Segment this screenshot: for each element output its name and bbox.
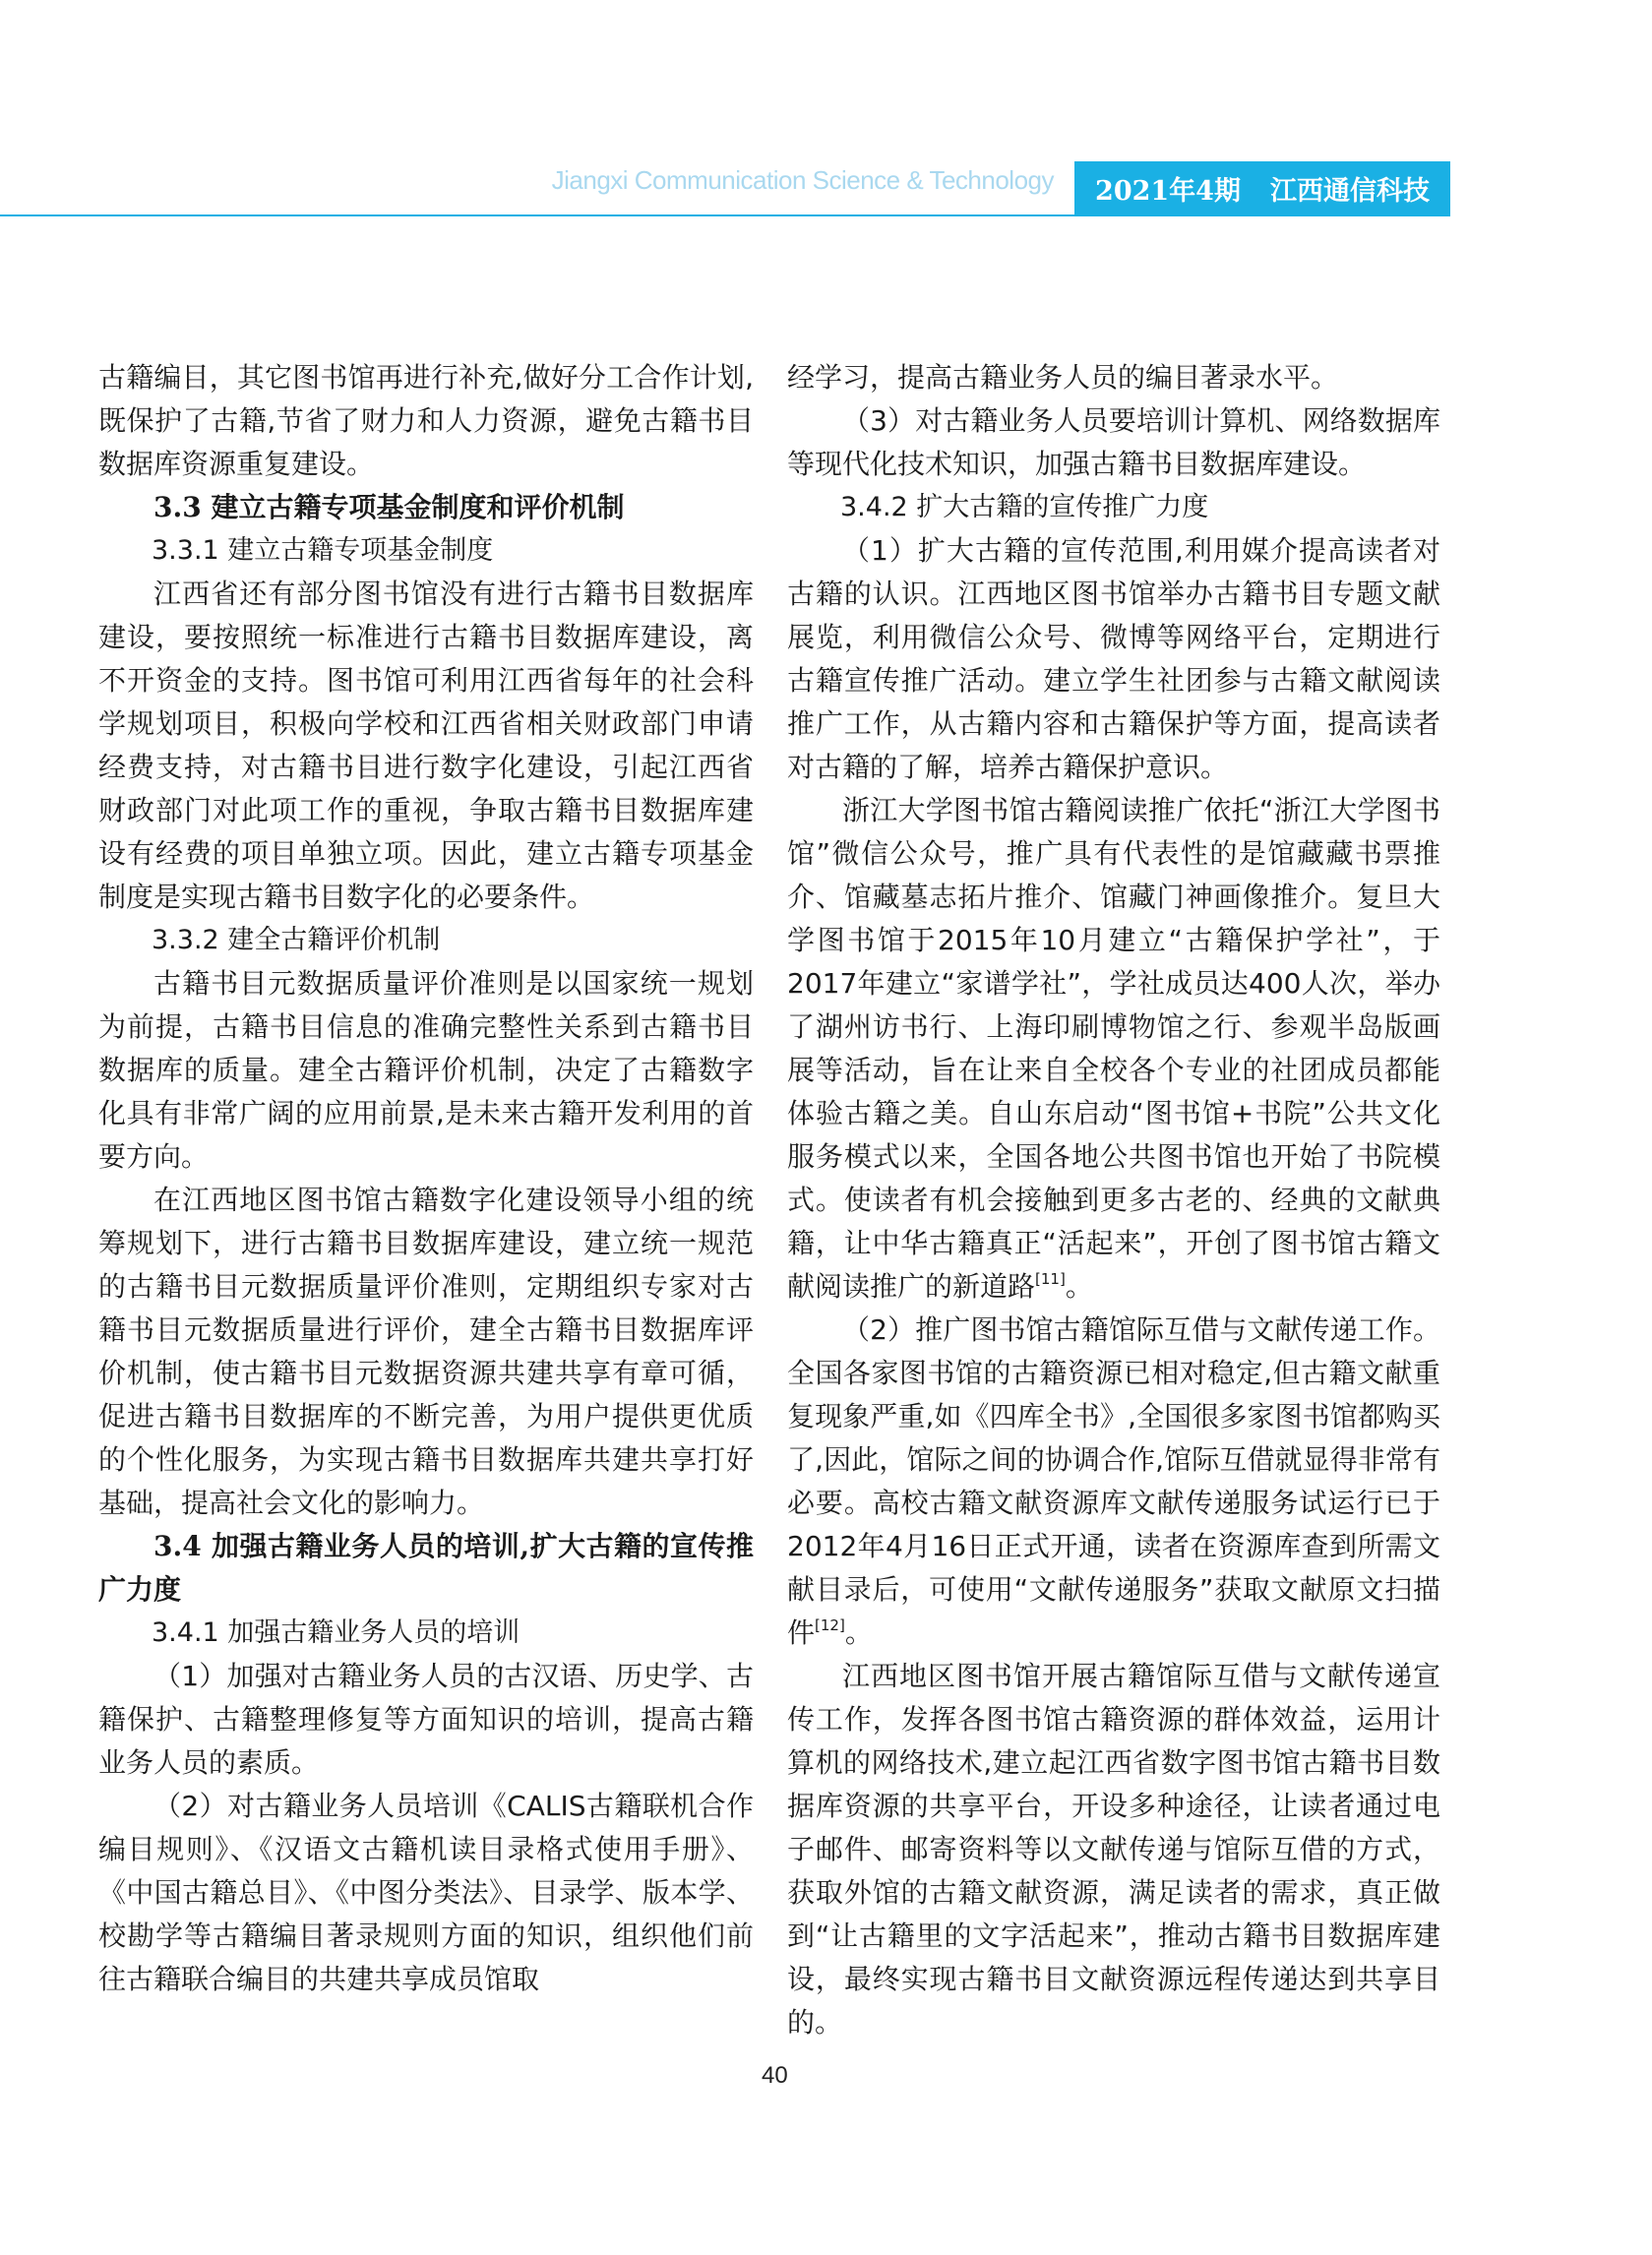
paragraph: （2）对古籍业务人员培训《CALIS古籍联机合作编目规则》、《汉语文古籍机读目录… <box>98 1785 754 2001</box>
issue-label: 2021年4期 <box>1095 169 1241 208</box>
left-column: 古籍编目，其它图书馆再进行补充,做好分工合作计划,既保护了古籍,节省了财力和人力… <box>98 356 754 2001</box>
subsection-heading-3-3-1: 3.3.1 建立古籍专项基金制度 <box>98 529 754 573</box>
paragraph: （1）加强对古籍业务人员的古汉语、历史学、古籍保护、古籍整理修复等方面知识的培训… <box>98 1655 754 1785</box>
subsection-heading-3-4-2: 3.4.2 扩大古籍的宣传推广力度 <box>787 486 1440 529</box>
subsection-heading-3-3-2: 3.3.2 建全古籍评价机制 <box>98 919 754 962</box>
journal-title-english: Jiangxi Communication Science & Technolo… <box>552 165 1054 196</box>
citation-ref-11[interactable]: [11] <box>1035 1270 1066 1288</box>
journal-issue-banner: 2021年4期 江西通信科技 <box>1074 161 1450 215</box>
page-number: 40 <box>762 2062 788 2090</box>
journal-title-chinese: 江西通信科技 <box>1270 169 1430 208</box>
section-heading-3-4: 3.4 加强古籍业务人员的培训,扩大古籍的宣传推广力度 <box>98 1525 754 1612</box>
paragraph: 江西省还有部分图书馆没有进行古籍书目数据库建设，要按照统一标准进行古籍书目数据库… <box>98 573 754 919</box>
right-column: 经学习，提高古籍业务人员的编目著录水平。 （3）对古籍业务人员要培训计算机、网络… <box>787 356 1440 2044</box>
citation-ref-12[interactable]: [12] <box>815 1616 845 1634</box>
paragraph-text: （2）推广图书馆古籍馆际互借与文献传递工作。全国各家图书馆的古籍资源已相对稳定,… <box>787 1313 1440 1649</box>
paragraph: 浙江大学图书馆古籍阅读推广依托“浙江大学图书馆”微信公众号，推广具有代表性的是馆… <box>787 789 1440 1309</box>
paragraph: （2）推广图书馆古籍馆际互借与文献传递工作。全国各家图书馆的古籍资源已相对稳定,… <box>787 1309 1440 1655</box>
paragraph-continued: 古籍编目，其它图书馆再进行补充,做好分工合作计划,既保护了古籍,节省了财力和人力… <box>98 356 754 486</box>
paragraph: 古籍书目元数据质量评价准则是以国家统一规划为前提，古籍书目信息的准确完整性关系到… <box>98 962 754 1179</box>
paragraph: 在江西地区图书馆古籍数字化建设领导小组的统筹规划下，进行古籍书目数据库建设，建立… <box>98 1179 754 1525</box>
paragraph-text: 浙江大学图书馆古籍阅读推广依托“浙江大学图书馆”微信公众号，推广具有代表性的是馆… <box>787 794 1440 1303</box>
paragraph: 江西地区图书馆开展古籍馆际互借与文献传递宣传工作，发挥各图书馆古籍资源的群体效益… <box>787 1655 1440 2044</box>
paragraph-continued: 经学习，提高古籍业务人员的编目著录水平。 <box>787 356 1440 399</box>
section-heading-3-3: 3.3 建立古籍专项基金制度和评价机制 <box>98 486 754 529</box>
paragraph: （1）扩大古籍的宣传范围,利用媒介提高读者对古籍的认识。江西地区图书馆举办古籍书… <box>787 529 1440 789</box>
subsection-heading-3-4-1: 3.4.1 加强古籍业务人员的培训 <box>98 1612 754 1655</box>
paragraph: （3）对古籍业务人员要培训计算机、网络数据库等现代化技术知识，加强古籍书目数据库… <box>787 399 1440 486</box>
